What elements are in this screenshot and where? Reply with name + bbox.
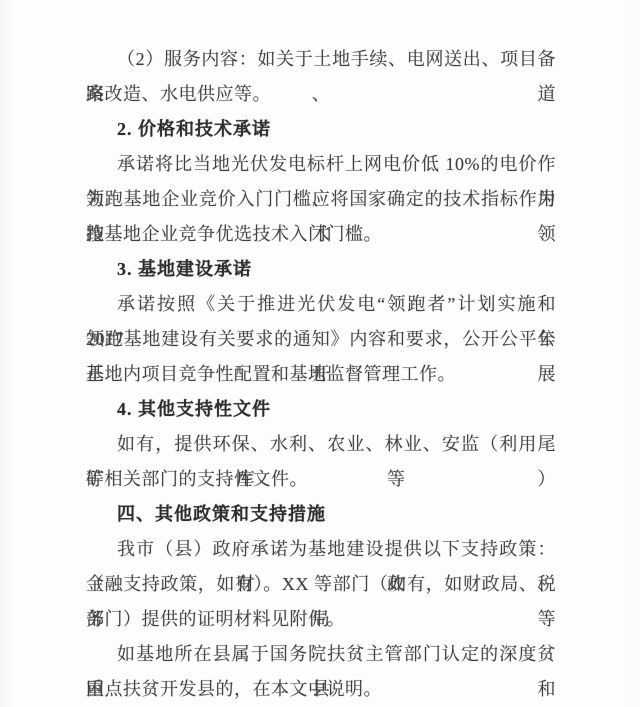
paragraph-line: 承诺按照《关于推进光伏发电“领跑者”计划实施和 2017 年	[86, 287, 556, 322]
paragraph-line: 金融支持政策，如有）。XX 等部门（如有，如财政局、税务局等	[86, 567, 556, 602]
paragraph-line: 如基地所在县属于国务院扶贫主管部门认定的深度贫困县和	[86, 637, 556, 672]
section-heading: 2. 价格和技术承诺	[86, 112, 556, 147]
paragraph-line: 承诺将比当地光伏发电标杆上网电价低 10%的电价作为应用	[86, 147, 556, 182]
document-page: （2）服务内容：如关于土地手续、电网送出、项目备案、道 路改造、水电供应等。 2…	[0, 0, 640, 707]
paragraph-line: 如有，提供环保、水利、农业、林业、安监（利用尾矿库等）	[86, 427, 556, 462]
document-body: （2）服务内容：如关于土地手续、电网送出、项目备案、道 路改造、水电供应等。 2…	[86, 42, 556, 707]
paragraph-line: 领跑基地建设有关要求的通知》内容和要求，公开公平公正开展	[86, 322, 556, 357]
section-heading: 四、其他政策和支持措施	[86, 497, 556, 532]
section-heading: 3. 基地建设承诺	[86, 252, 556, 287]
paragraph-line: 我市（县）政府承诺为基地建设提供以下支持政策：（财政、	[86, 532, 556, 567]
paragraph-line: 领跑基地企业竞价入门门槛、将国家确定的技术指标作为技术领	[86, 182, 556, 217]
paragraph-line: （2）服务内容：如关于土地手续、电网送出、项目备案、道	[86, 42, 556, 77]
section-heading: 4. 其他支持性文件	[86, 392, 556, 427]
